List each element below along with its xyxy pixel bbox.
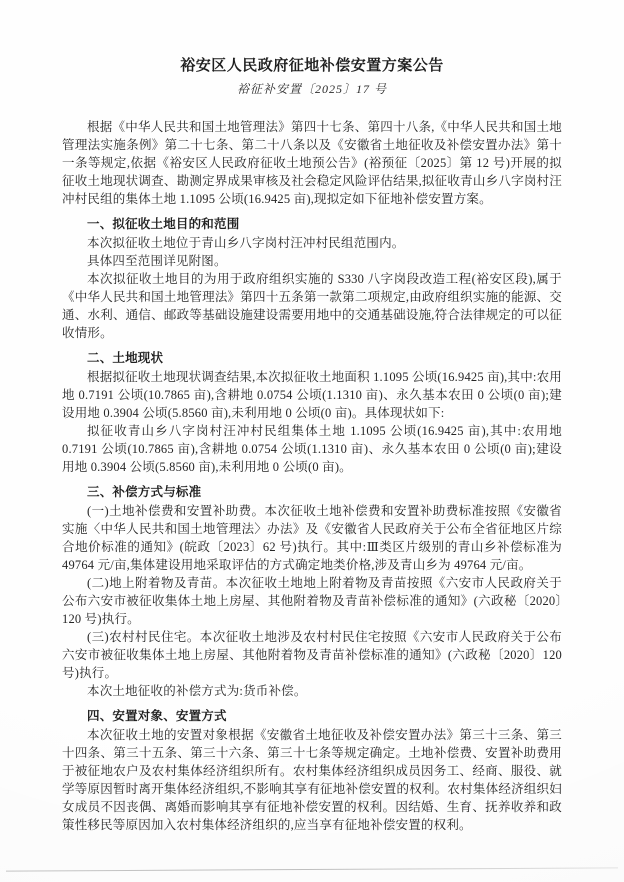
section-1-paragraph: 本次拟征收土地位于青山乡八字岗村汪冲村民组范围内。 — [62, 234, 562, 252]
section-2-heading: 二、土地现状 — [62, 349, 562, 367]
page-bottom-edge — [6, 867, 618, 871]
section-3-paragraph: (一)土地补偿费和安置补助费。本次征收土地补偿费和安置补助费标准按照《安徽省实施… — [62, 502, 562, 574]
document-content: 裕安区人民政府征地补偿安置方案公告 裕征补安置〔2025〕17 号 根据《中华人… — [62, 56, 562, 834]
intro-paragraph: 根据《中华人民共和国土地管理法》第四十七条、第四十八条,《中华人民共和国土地管理… — [62, 118, 562, 208]
section-4-paragraph: 本次征收土地的安置对象根据《安徽省土地征收及补偿安置办法》第三十三条、第三十四条… — [62, 726, 562, 834]
section-3-heading: 三、补偿方式与标准 — [62, 483, 562, 501]
section-3-paragraph: (二)地上附着物及青苗。本次征收土地地上附着物及青苗按照《六安市人民政府关于公布… — [62, 574, 562, 628]
section-4-heading: 四、安置对象、安置方式 — [62, 707, 562, 725]
section-2-paragraph: 拟征收青山乡八字岗村汪冲村民组集体土地 1.1095 公顷(16.9425 亩)… — [62, 422, 562, 476]
document-body: 根据《中华人民共和国土地管理法》第四十七条、第四十八条,《中华人民共和国土地管理… — [62, 118, 562, 834]
section-2-paragraph: 根据拟征收土地现状调查结果,本次拟征收土地面积 1.1095 公顷(16.942… — [62, 368, 562, 422]
document-number: 裕征补安置〔2025〕17 号 — [62, 81, 562, 97]
section-1-heading: 一、拟征收土地目的和范围 — [62, 215, 562, 233]
section-3-paragraph: 本次土地征收的补偿方式为:货币补偿。 — [62, 682, 562, 700]
section-1-paragraph: 具体四至范围详见附图。 — [62, 252, 562, 270]
scanned-document-page: 裕安区人民政府征地补偿安置方案公告 裕征补安置〔2025〕17 号 根据《中华人… — [0, 0, 624, 882]
section-1-paragraph: 本次拟征收土地目的为用于政府组织实施的 S330 八字岗段改造工程(裕安区段),… — [62, 270, 562, 342]
document-title: 裕安区人民政府征地补偿安置方案公告 — [62, 56, 562, 76]
section-3-paragraph: (三)农村村民住宅。本次征收土地涉及农村村民住宅按照《六安市人民政府关于公布六安… — [62, 628, 562, 682]
